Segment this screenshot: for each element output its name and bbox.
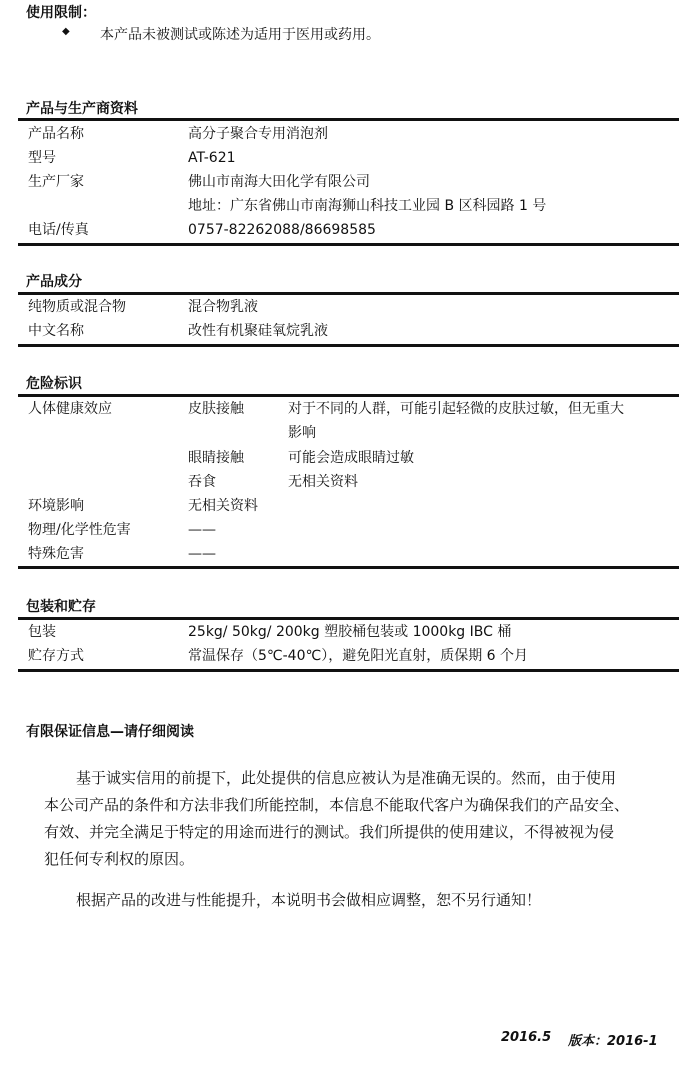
row-sub: —— <box>188 542 216 566</box>
warranty-title: 有限保证信息—请仔细阅读 <box>26 721 194 741</box>
row-sub: 无相关资料 <box>188 494 258 518</box>
row-value: 高分子聚合专用消泡剂 <box>188 122 328 146</box>
usage-title: 使用限制： <box>26 2 96 22</box>
row-label: 物理/化学性危害 <box>28 518 131 542</box>
paragraph-line: 有效、并完全满足于特定的用途而进行的测试。我们所提供的使用建议，不得被视为侵 <box>44 820 614 844</box>
row-label: 型号 <box>28 146 56 170</box>
manufacturer-title: 产品与生产商资料 <box>26 98 138 118</box>
row-value: 25kg/ 50kg/ 200kg 塑胶桶包装或 1000kg IBC 桶 <box>188 620 511 644</box>
row-label: 特殊危害 <box>28 542 84 566</box>
row-value: 无相关资料 <box>288 470 358 494</box>
phone-fax-value: 0757-82262088/86698585 <box>188 218 376 242</box>
row-label: 环境影响 <box>28 494 84 518</box>
address-value: 地址：广东省佛山市南海狮山科技工业园 B 区科园路 1 号 <box>188 194 546 218</box>
row-value: 常温保存（5℃-40℃），避免阳光直射，质保期 6 个月 <box>188 644 528 668</box>
row-value: 混合物乳液 <box>188 295 258 319</box>
notice-paragraph: 根据产品的改进与性能提升，本说明书会做相应调整，恕不另行通知！ <box>76 888 541 912</box>
row-label: 产品名称 <box>28 122 84 146</box>
row-value-cont: 影响 <box>288 421 316 445</box>
footer-date: 2016.5 <box>501 1030 551 1045</box>
row-value: AT-621 <box>188 146 236 170</box>
row-label: 人体健康效应 <box>28 397 112 421</box>
row-value: 对于不同的人群，可能引起轻微的皮肤过敏，但无重大 <box>288 397 624 421</box>
paragraph-line: 犯任何专利权的原因。 <box>44 847 194 871</box>
usage-item: 本产品未被测试或陈述为适用于医用或药用。 <box>100 23 380 47</box>
row-value: 佛山市南海大田化学有限公司 <box>188 170 370 194</box>
row-sub: 眼睛接触 <box>188 446 244 470</box>
row-label: 贮存方式 <box>28 644 84 668</box>
section-rule <box>18 669 679 672</box>
row-sub: 皮肤接触 <box>188 397 244 421</box>
bullet-icon: ◆ <box>62 26 70 37</box>
hazards-title: 危险标识 <box>26 373 82 393</box>
footer-version: 版本：2016-1 <box>568 1030 658 1049</box>
row-label: 中文名称 <box>28 319 84 343</box>
row-label: 生产厂家 <box>28 170 84 194</box>
section-rule <box>18 344 679 347</box>
paragraph-line: 本公司产品的条件和方法非我们所能控制，本信息不能取代客户为确保我们的产品安全、 <box>44 793 629 817</box>
section-rule <box>18 118 679 121</box>
row-sub: 吞食 <box>188 470 216 494</box>
row-label: 包装 <box>28 620 56 644</box>
row-label: 电话/传真 <box>28 218 89 242</box>
composition-title: 产品成分 <box>26 271 82 291</box>
row-sub: —— <box>188 518 216 542</box>
section-rule <box>18 566 679 569</box>
packaging-title: 包装和贮存 <box>26 596 96 616</box>
row-label: 纯物质或混合物 <box>28 295 126 319</box>
section-rule <box>18 243 679 246</box>
paragraph-line: 基于诚实信用的前提下，此处提供的信息应被认为是准确无误的。然而，由于使用 <box>76 766 616 790</box>
row-value: 可能会造成眼睛过敏 <box>288 446 414 470</box>
row-value: 改性有机聚硅氧烷乳液 <box>188 319 328 343</box>
